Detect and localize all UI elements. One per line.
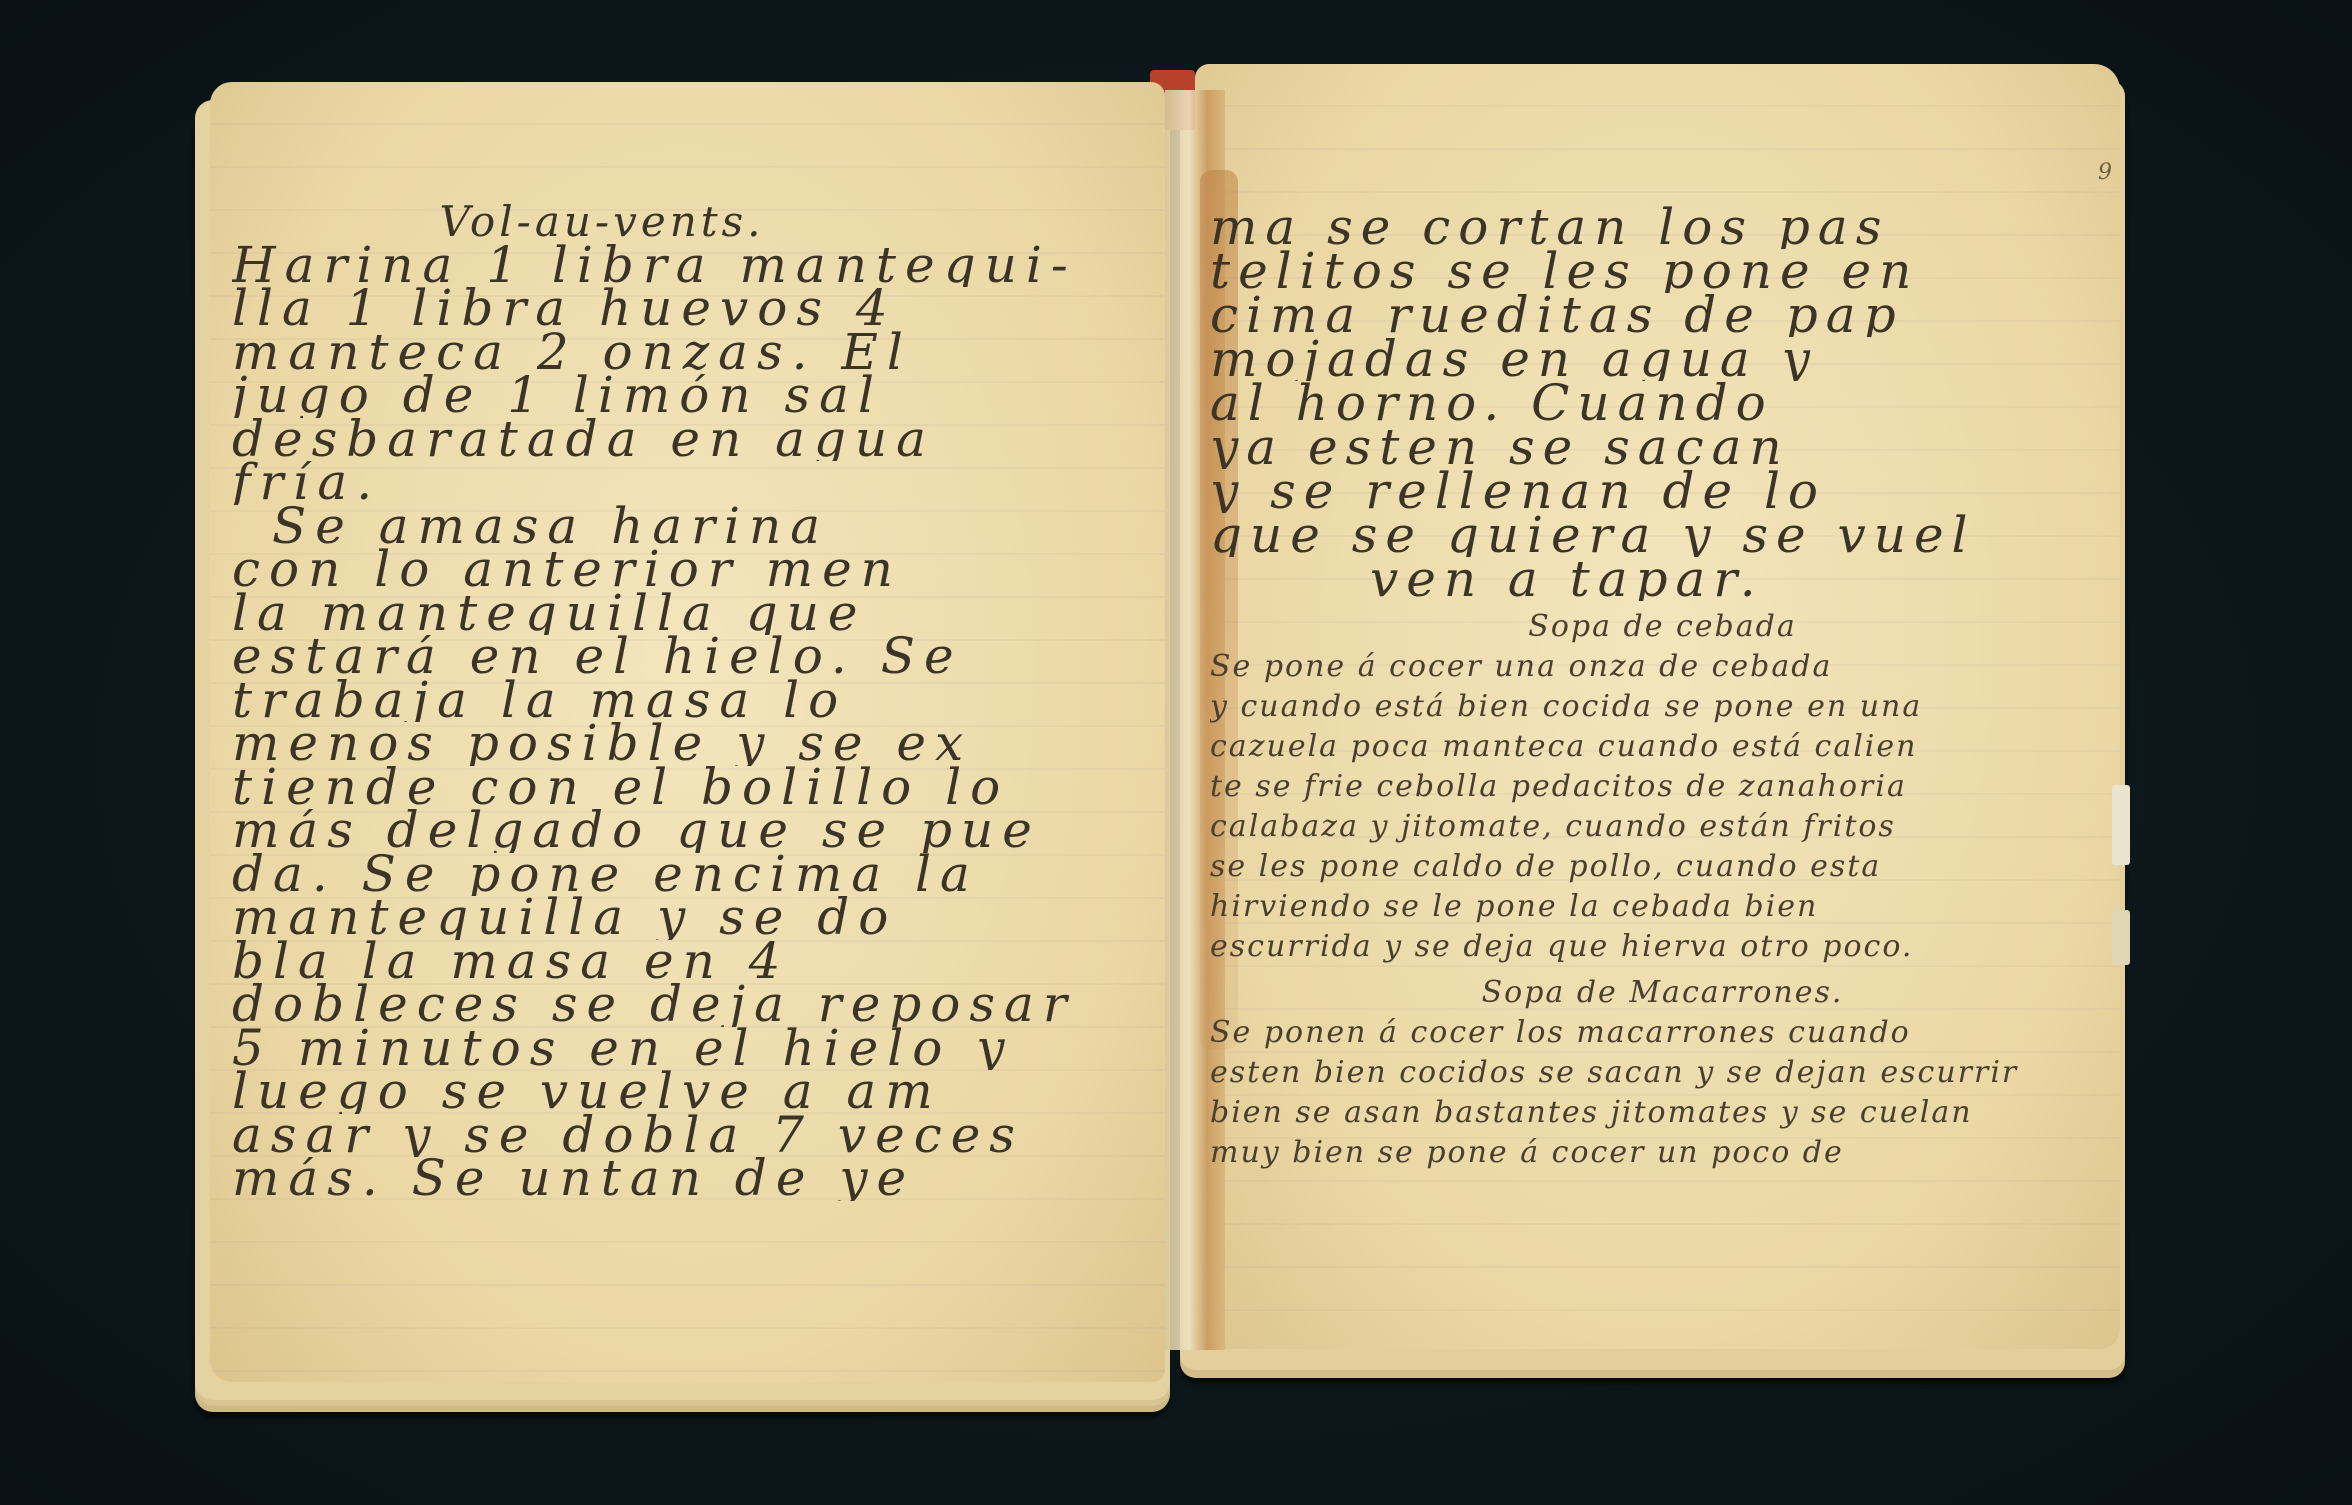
- recipe-title: Sopa de Macarrones.: [1210, 973, 2115, 1013]
- text-line: trabaja la masa lo: [232, 679, 1162, 723]
- text-line: se les pone caldo de pollo, cuando esta: [1210, 847, 2115, 887]
- text-line: esten bien cocidos se sacan y se dejan e…: [1210, 1053, 2115, 1093]
- text-line: mantequilla y se do: [232, 896, 1162, 940]
- text-line: dobleces se deja reposar: [232, 983, 1162, 1027]
- text-line: muy bien se pone á cocer un poco de: [1210, 1133, 2115, 1173]
- text-line: da. Se pone encima la: [232, 853, 1162, 897]
- recipe-block-macarrones: Sopa de Macarrones. Se ponen á cocer los…: [1210, 973, 2115, 1173]
- text-line: Se amasa harina: [232, 505, 1162, 549]
- left-page-text: Vol-au-vents. Harina 1 libra mantequi- l…: [232, 200, 1162, 1201]
- text-line: cima rueditas de pap: [1210, 293, 2115, 337]
- right-page-text: ma se cortan los pas telitos se les pone…: [1210, 205, 2115, 1173]
- text-line: fría.: [232, 461, 1162, 505]
- text-line: tiende con el bolillo lo: [232, 766, 1162, 810]
- text-line: y se rellenan de lo: [1210, 469, 2115, 513]
- text-line: luego se vuelve a am: [232, 1070, 1162, 1114]
- page-number: 9: [2098, 160, 2112, 185]
- text-line: telitos se les pone en: [1210, 249, 2115, 293]
- recipe-title: Vol-au-vents.: [232, 200, 1162, 244]
- text-line: lla 1 libra huevos 4: [232, 287, 1162, 331]
- text-line: desbaratada en agua: [232, 418, 1162, 462]
- text-line: manteca 2 onzas. El: [232, 331, 1162, 375]
- text-line: Se ponen á cocer los macarrones cuando: [1210, 1013, 2115, 1053]
- text-line: la mantequilla que: [232, 592, 1162, 636]
- text-line: te se frie cebolla pedacitos de zanahori…: [1210, 767, 2115, 807]
- text-line: al horno. Cuando: [1210, 381, 2115, 425]
- continuation-block: ma se cortan los pas telitos se les pone…: [1210, 205, 2115, 601]
- text-line: estará en el hielo. Se: [232, 635, 1162, 679]
- text-line: mojadas en agua y: [1210, 337, 2115, 381]
- text-line: con lo anterior men: [232, 548, 1162, 592]
- text-line: Harina 1 libra mantequi-: [232, 244, 1162, 288]
- text-line: ven a tapar.: [1210, 557, 2115, 601]
- text-line: ya esten se sacan: [1210, 425, 2115, 469]
- text-line: bla la masa en 4: [232, 940, 1162, 984]
- text-line: 5 minutos en el hielo y: [232, 1027, 1162, 1071]
- text-line: bien se asan bastantes jitomates y se cu…: [1210, 1093, 2115, 1133]
- text-line: hirviendo se le pone la cebada bien: [1210, 887, 2115, 927]
- open-notebook: 9 Vol-au-vents. Harina 1 libra mantequi-…: [0, 0, 2352, 1505]
- text-line: más delgado que se pue: [232, 809, 1162, 853]
- text-line: más. Se untan de ye: [232, 1157, 1162, 1201]
- recipe-title: Sopa de cebada: [1210, 607, 2115, 647]
- text-line: asar y se dobla 7 veces: [232, 1114, 1162, 1158]
- text-line: calabaza y jitomate, cuando están fritos: [1210, 807, 2115, 847]
- text-line: cazuela poca manteca cuando está calien: [1210, 727, 2115, 767]
- text-line: Se pone á cocer una onza de cebada: [1210, 647, 2115, 687]
- text-line: y cuando está bien cocida se pone en una: [1210, 687, 2115, 727]
- text-line: que se quiera y se vuel: [1210, 513, 2115, 557]
- text-line: ma se cortan los pas: [1210, 205, 2115, 249]
- text-line: jugo de 1 limón sal: [232, 374, 1162, 418]
- recipe-block-cebada: Sopa de cebada Se pone á cocer una onza …: [1210, 607, 2115, 967]
- text-line: escurrida y se deja que hierva otro poco…: [1210, 927, 2115, 967]
- text-line: menos posible y se ex: [232, 722, 1162, 766]
